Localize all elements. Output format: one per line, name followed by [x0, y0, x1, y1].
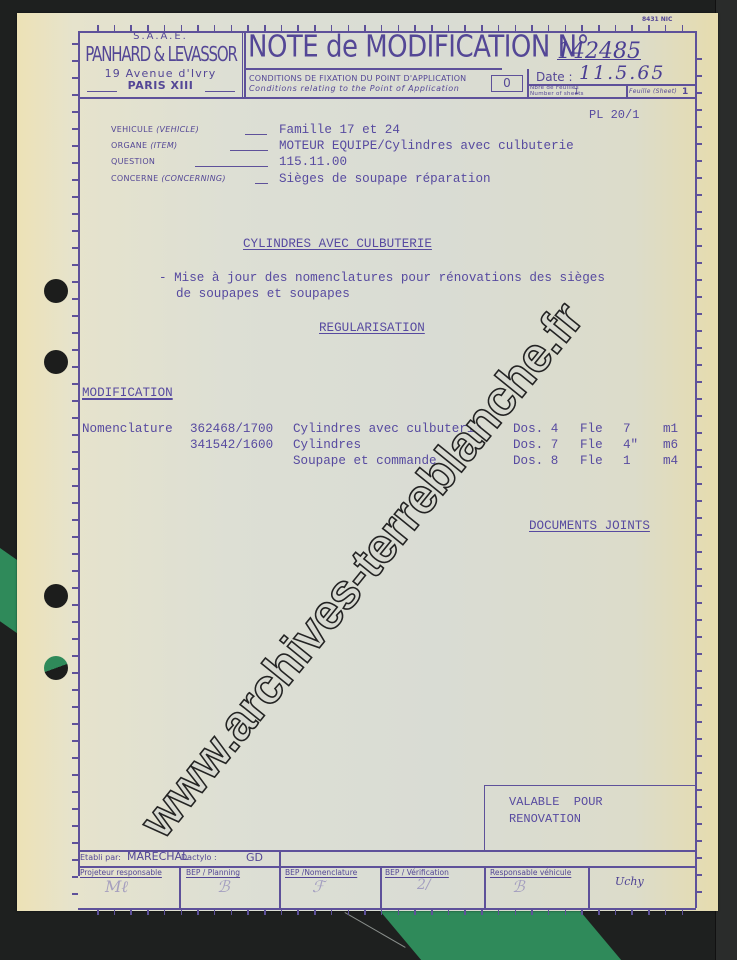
- signature-nomenclature: ℱ: [312, 877, 325, 896]
- ruler-tick: [448, 25, 450, 31]
- feuille-number: 7: [623, 422, 631, 436]
- ruler-tick: [696, 347, 702, 349]
- ruler-tick: [481, 909, 483, 915]
- ruler-tick: [72, 604, 78, 606]
- documents-joints-heading: DOCUMENTS JOINTS: [529, 519, 650, 533]
- ruler-tick: [696, 857, 702, 859]
- ruler-tick: [565, 25, 567, 31]
- ruler-tick: [72, 842, 78, 844]
- ruler-tick: [72, 672, 78, 674]
- ruler-tick: [548, 909, 550, 915]
- ruler-tick: [72, 706, 78, 708]
- ruler-tick: [72, 383, 78, 385]
- validity-line2: RENOVATION: [509, 812, 581, 826]
- modification-heading: MODIFICATION: [82, 386, 173, 400]
- ruler-tick: [281, 909, 283, 915]
- dossier: Dos. 8: [513, 454, 558, 468]
- ruler-tick: [72, 638, 78, 640]
- field-leader: [255, 183, 268, 184]
- dactylo-value: GD: [246, 851, 263, 864]
- ruler-tick: [72, 740, 78, 742]
- ruler-tick: [398, 25, 400, 31]
- ruler-tick: [696, 126, 702, 128]
- watermark: www.archives-terreblanche.fr: [129, 292, 594, 848]
- company-name: PANHARD & LEVASSOR: [79, 42, 243, 66]
- document-title: NOTE de MODIFICATION N°: [248, 30, 589, 65]
- ruler-tick: [72, 162, 78, 164]
- ruler-tick: [696, 534, 702, 536]
- company-abbr: S.A.A.E.: [78, 31, 243, 42]
- ruler-tick: [72, 570, 78, 572]
- ruler-tick: [696, 449, 702, 451]
- ruler-tick: [548, 25, 550, 31]
- ruler-tick: [197, 909, 199, 915]
- field-value: MOTEUR EQUIPE/Cylindres avec culbuterie: [279, 139, 574, 153]
- date-value: 11.5.65: [579, 62, 666, 84]
- ruler-tick: [696, 483, 702, 485]
- ruler-tick: [297, 25, 299, 31]
- ruler-tick: [648, 25, 650, 31]
- ruler-tick: [72, 859, 78, 861]
- ruler-tick: [72, 587, 78, 589]
- conditions-label-fr: CONDITIONS DE FIXATION DU POINT D'APPLIC…: [249, 74, 466, 83]
- ruler-tick: [696, 823, 702, 825]
- ruler-tick: [615, 909, 617, 915]
- ruler-tick: [696, 585, 702, 587]
- signature-responsable: ℬ: [512, 877, 525, 896]
- ruler-tick: [696, 619, 702, 621]
- ruler-tick: [431, 25, 433, 31]
- ruler-tick: [515, 25, 517, 31]
- ruler-tick: [565, 909, 567, 915]
- ruler-tick: [696, 840, 702, 842]
- body-text-line1: - Mise à jour des nomenclatures pour rén…: [159, 271, 605, 285]
- ruler-tick: [682, 25, 684, 31]
- footer-col-projeteur: Projeteur responsable: [80, 868, 162, 877]
- ruler-tick: [130, 909, 132, 915]
- ruler-tick: [696, 381, 702, 383]
- footer-divider: [588, 866, 590, 908]
- ruler-tick: [147, 25, 149, 31]
- ruler-tick: [648, 909, 650, 915]
- ruler-tick: [696, 364, 702, 366]
- ruler-tick: [696, 279, 702, 281]
- sheet-label: Feuille (Sheet): [629, 88, 677, 95]
- ruler-tick: [72, 485, 78, 487]
- ruler-tick: [515, 909, 517, 915]
- ruler-tick: [72, 621, 78, 623]
- ruler-tick: [696, 194, 702, 196]
- ruler-tick: [72, 247, 78, 249]
- field-value: Sièges de soupape réparation: [279, 172, 491, 186]
- ruler-tick: [696, 891, 702, 893]
- ruler-tick: [381, 909, 383, 915]
- ruler-tick: [181, 25, 183, 31]
- ruler-tick: [331, 909, 333, 915]
- footer-divider: [380, 866, 382, 908]
- ruler-tick: [331, 25, 333, 31]
- ruler-tick: [72, 536, 78, 538]
- ruler-tick: [598, 25, 600, 31]
- ruler-tick: [72, 349, 78, 351]
- punch-hole: [44, 350, 68, 374]
- ruler-tick: [114, 909, 116, 915]
- ruler-tick: [72, 366, 78, 368]
- ruler-tick: [696, 500, 702, 502]
- field-leader: [195, 166, 268, 167]
- section-heading: CYLINDRES AVEC CULBUTERIE: [243, 237, 432, 251]
- footer-col-planning: BEP / Planning: [186, 868, 240, 877]
- ruler-tick: [72, 43, 78, 45]
- ruler-tick: [696, 551, 702, 553]
- ruler-tick: [696, 874, 702, 876]
- city-underline-left: [87, 91, 117, 92]
- ruler-tick: [696, 228, 702, 230]
- field-label: CONCERNE (CONCERNING): [111, 174, 226, 183]
- ruler-tick: [696, 704, 702, 706]
- ruler-tick: [431, 909, 433, 915]
- ruler-tick: [72, 417, 78, 419]
- bottom-frame: [78, 908, 696, 910]
- ruler-tick: [696, 398, 702, 400]
- ruler-tick: [696, 432, 702, 434]
- right-frame: [695, 31, 697, 908]
- ruler-tick: [696, 755, 702, 757]
- ruler-tick: [72, 519, 78, 521]
- ruler-tick: [72, 77, 78, 79]
- part-ref: 362468/1700: [190, 422, 273, 436]
- ruler-tick: [682, 909, 684, 915]
- ruler-tick: [72, 689, 78, 691]
- ruler-tick: [231, 25, 233, 31]
- ruler-tick: [72, 332, 78, 334]
- ruler-tick: [631, 25, 633, 31]
- ruler-tick: [72, 876, 78, 878]
- ruler-tick: [197, 25, 199, 31]
- part-desc: Cylindres: [293, 438, 361, 452]
- ruler-tick: [72, 213, 78, 215]
- ruler-tick: [72, 655, 78, 657]
- ruler-tick: [414, 25, 416, 31]
- sheets-value: 1: [574, 87, 579, 96]
- dossier: Dos. 4: [513, 422, 558, 436]
- ruler-tick: [448, 909, 450, 915]
- ruler-tick: [231, 909, 233, 915]
- ruler-tick: [72, 893, 78, 895]
- ruler-tick: [696, 687, 702, 689]
- modif-index: m6: [663, 438, 678, 452]
- ruler-tick: [264, 909, 266, 915]
- nomenclature-label: Nomenclature: [82, 422, 173, 436]
- feuille-label: Fle: [580, 438, 603, 452]
- ruler-tick: [364, 909, 366, 915]
- ruler-tick: [498, 909, 500, 915]
- ruler-tick: [72, 400, 78, 402]
- ruler-tick: [696, 160, 702, 162]
- left-frame: [78, 31, 80, 876]
- ruler-tick: [72, 196, 78, 198]
- ruler-tick: [598, 909, 600, 915]
- ruler-tick: [696, 653, 702, 655]
- ruler-tick: [665, 25, 667, 31]
- ruler-tick: [72, 298, 78, 300]
- ruler-tick: [72, 434, 78, 436]
- footer-col-nomenclature: BEP /Nomenclature: [285, 868, 357, 877]
- ruler-tick: [97, 25, 99, 31]
- ruler-tick: [696, 75, 702, 77]
- dossier: Dos. 7: [513, 438, 558, 452]
- footer-divider: [279, 850, 281, 908]
- field-label: ORGANE (ITEM): [111, 141, 177, 150]
- ruler-tick: [72, 502, 78, 504]
- city-underline-right: [205, 91, 235, 92]
- ruler-tick: [72, 128, 78, 130]
- ruler-tick: [696, 92, 702, 94]
- punch-hole: [44, 656, 68, 680]
- ruler-tick: [581, 909, 583, 915]
- sheet-value: 1: [682, 87, 688, 97]
- feuille-number: 4": [623, 438, 638, 452]
- ruler-tick: [147, 909, 149, 915]
- subheading-regularisation: REGULARISATION: [319, 321, 425, 335]
- ruler-tick: [114, 25, 116, 31]
- ruler-tick: [314, 909, 316, 915]
- ruler-tick: [696, 58, 702, 60]
- ruler-tick: [464, 25, 466, 31]
- ruler-tick: [72, 774, 78, 776]
- ruler-tick: [314, 25, 316, 31]
- binder-edge: [715, 0, 737, 960]
- ruler-tick: [72, 825, 78, 827]
- footer-col-verification: BEP / Vérification: [385, 868, 449, 877]
- signature-projeteur: Mℓ: [105, 877, 128, 897]
- ruler-tick: [481, 25, 483, 31]
- dactylo-label: Dactylo :: [181, 853, 217, 862]
- field-label: QUESTION: [111, 157, 155, 166]
- ruler-tick: [696, 738, 702, 740]
- validity-line1: VALABLE POUR: [509, 795, 603, 809]
- stamp-code: 8431 NIC: [642, 16, 672, 23]
- part-ref: 341542/1600: [190, 438, 273, 452]
- conditions-value: 0: [491, 76, 523, 90]
- ruler-tick: [181, 909, 183, 915]
- ruler-tick: [498, 25, 500, 31]
- ruler-tick: [696, 636, 702, 638]
- ruler-tick: [696, 602, 702, 604]
- ruler-tick: [72, 553, 78, 555]
- ruler-tick: [72, 60, 78, 62]
- ruler-tick: [281, 25, 283, 31]
- ruler-tick: [464, 909, 466, 915]
- ruler-tick: [696, 143, 702, 145]
- footer-divider: [179, 866, 181, 908]
- ruler-tick: [696, 415, 702, 417]
- footer-col-responsable: Responsable véhicule: [490, 868, 571, 877]
- ruler-tick: [696, 789, 702, 791]
- ruler-tick: [164, 25, 166, 31]
- ruler-tick: [72, 145, 78, 147]
- ruler-tick: [72, 230, 78, 232]
- sheet-divider: [626, 85, 628, 98]
- ruler-tick: [72, 315, 78, 317]
- ruler-tick: [214, 25, 216, 31]
- reference-code: PL 20/1: [589, 108, 639, 122]
- ruler-tick: [364, 25, 366, 31]
- ruler-tick: [696, 313, 702, 315]
- ruler-tick: [72, 94, 78, 96]
- conditions-label-en: Conditions relating to the Point of Appl…: [249, 84, 459, 93]
- etabli-value: MARECHAL: [127, 850, 188, 863]
- ruler-tick: [665, 909, 667, 915]
- ruler-tick: [631, 909, 633, 915]
- ruler-tick: [696, 296, 702, 298]
- ruler-tick: [696, 466, 702, 468]
- ruler-tick: [696, 262, 702, 264]
- ruler-tick: [696, 568, 702, 570]
- ruler-tick: [72, 468, 78, 470]
- ruler-tick: [72, 791, 78, 793]
- ruler-tick: [130, 25, 132, 31]
- ruler-tick: [97, 909, 99, 915]
- ruler-tick: [214, 909, 216, 915]
- date-label: Date :: [536, 70, 573, 84]
- ruler-tick: [72, 757, 78, 759]
- ruler-tick: [247, 909, 249, 915]
- ruler-tick: [72, 111, 78, 113]
- title-divider: [244, 31, 246, 98]
- etabli-label: Etabli par:: [80, 853, 121, 862]
- ruler-tick: [531, 909, 533, 915]
- ruler-tick: [531, 25, 533, 31]
- ruler-tick: [164, 909, 166, 915]
- ruler-tick: [72, 281, 78, 283]
- title-rule: [245, 68, 502, 70]
- body-text-line2: de soupapes et soupapes: [176, 287, 350, 301]
- ruler-tick: [696, 245, 702, 247]
- ruler-tick: [264, 25, 266, 31]
- punch-hole: [44, 279, 68, 303]
- signature-planning: ℬ: [217, 877, 230, 896]
- ruler-tick: [398, 909, 400, 915]
- feuille-label: Fle: [580, 454, 603, 468]
- ruler-tick: [696, 670, 702, 672]
- ruler-tick: [696, 177, 702, 179]
- signature-verification: 2/: [417, 877, 431, 893]
- feuille-number: 1: [623, 454, 631, 468]
- feuille-label: Fle: [580, 422, 603, 436]
- modif-index: m4: [663, 454, 678, 468]
- ruler-tick: [297, 909, 299, 915]
- punch-hole: [44, 584, 68, 608]
- field-leader: [245, 134, 267, 135]
- field-leader: [230, 150, 268, 151]
- background-green-stripe-bottom: [375, 905, 625, 960]
- ruler-tick: [72, 808, 78, 810]
- signature-final: Uchy: [615, 875, 644, 888]
- ruler-tick: [581, 25, 583, 31]
- note-number: 142485: [557, 39, 641, 64]
- ruler-tick: [696, 517, 702, 519]
- modif-index: m1: [663, 422, 678, 436]
- ruler-tick: [348, 909, 350, 915]
- field-value: 115.11.00: [279, 155, 347, 169]
- field-label: VEHICULE (VEHICLE): [111, 125, 199, 134]
- footer-divider: [484, 866, 486, 908]
- ruler-tick: [414, 909, 416, 915]
- ruler-tick: [696, 330, 702, 332]
- ruler-tick: [72, 451, 78, 453]
- ruler-tick: [247, 25, 249, 31]
- document-title-text: NOTE de MODIFICATION N°: [248, 30, 589, 65]
- ruler-tick: [696, 806, 702, 808]
- ruler-tick: [72, 179, 78, 181]
- ruler-tick: [696, 109, 702, 111]
- ruler-tick: [615, 25, 617, 31]
- ruler-tick: [72, 264, 78, 266]
- ruler-tick: [72, 723, 78, 725]
- ruler-tick: [696, 772, 702, 774]
- ruler-tick: [696, 721, 702, 723]
- document-page: 8431 NIC S.A.A.E. PANHARD & LEVASSOR 19 …: [17, 13, 718, 911]
- ruler-tick: [696, 211, 702, 213]
- ruler-tick: [348, 25, 350, 31]
- field-value: Famille 17 et 24: [279, 123, 400, 137]
- ruler-tick: [381, 25, 383, 31]
